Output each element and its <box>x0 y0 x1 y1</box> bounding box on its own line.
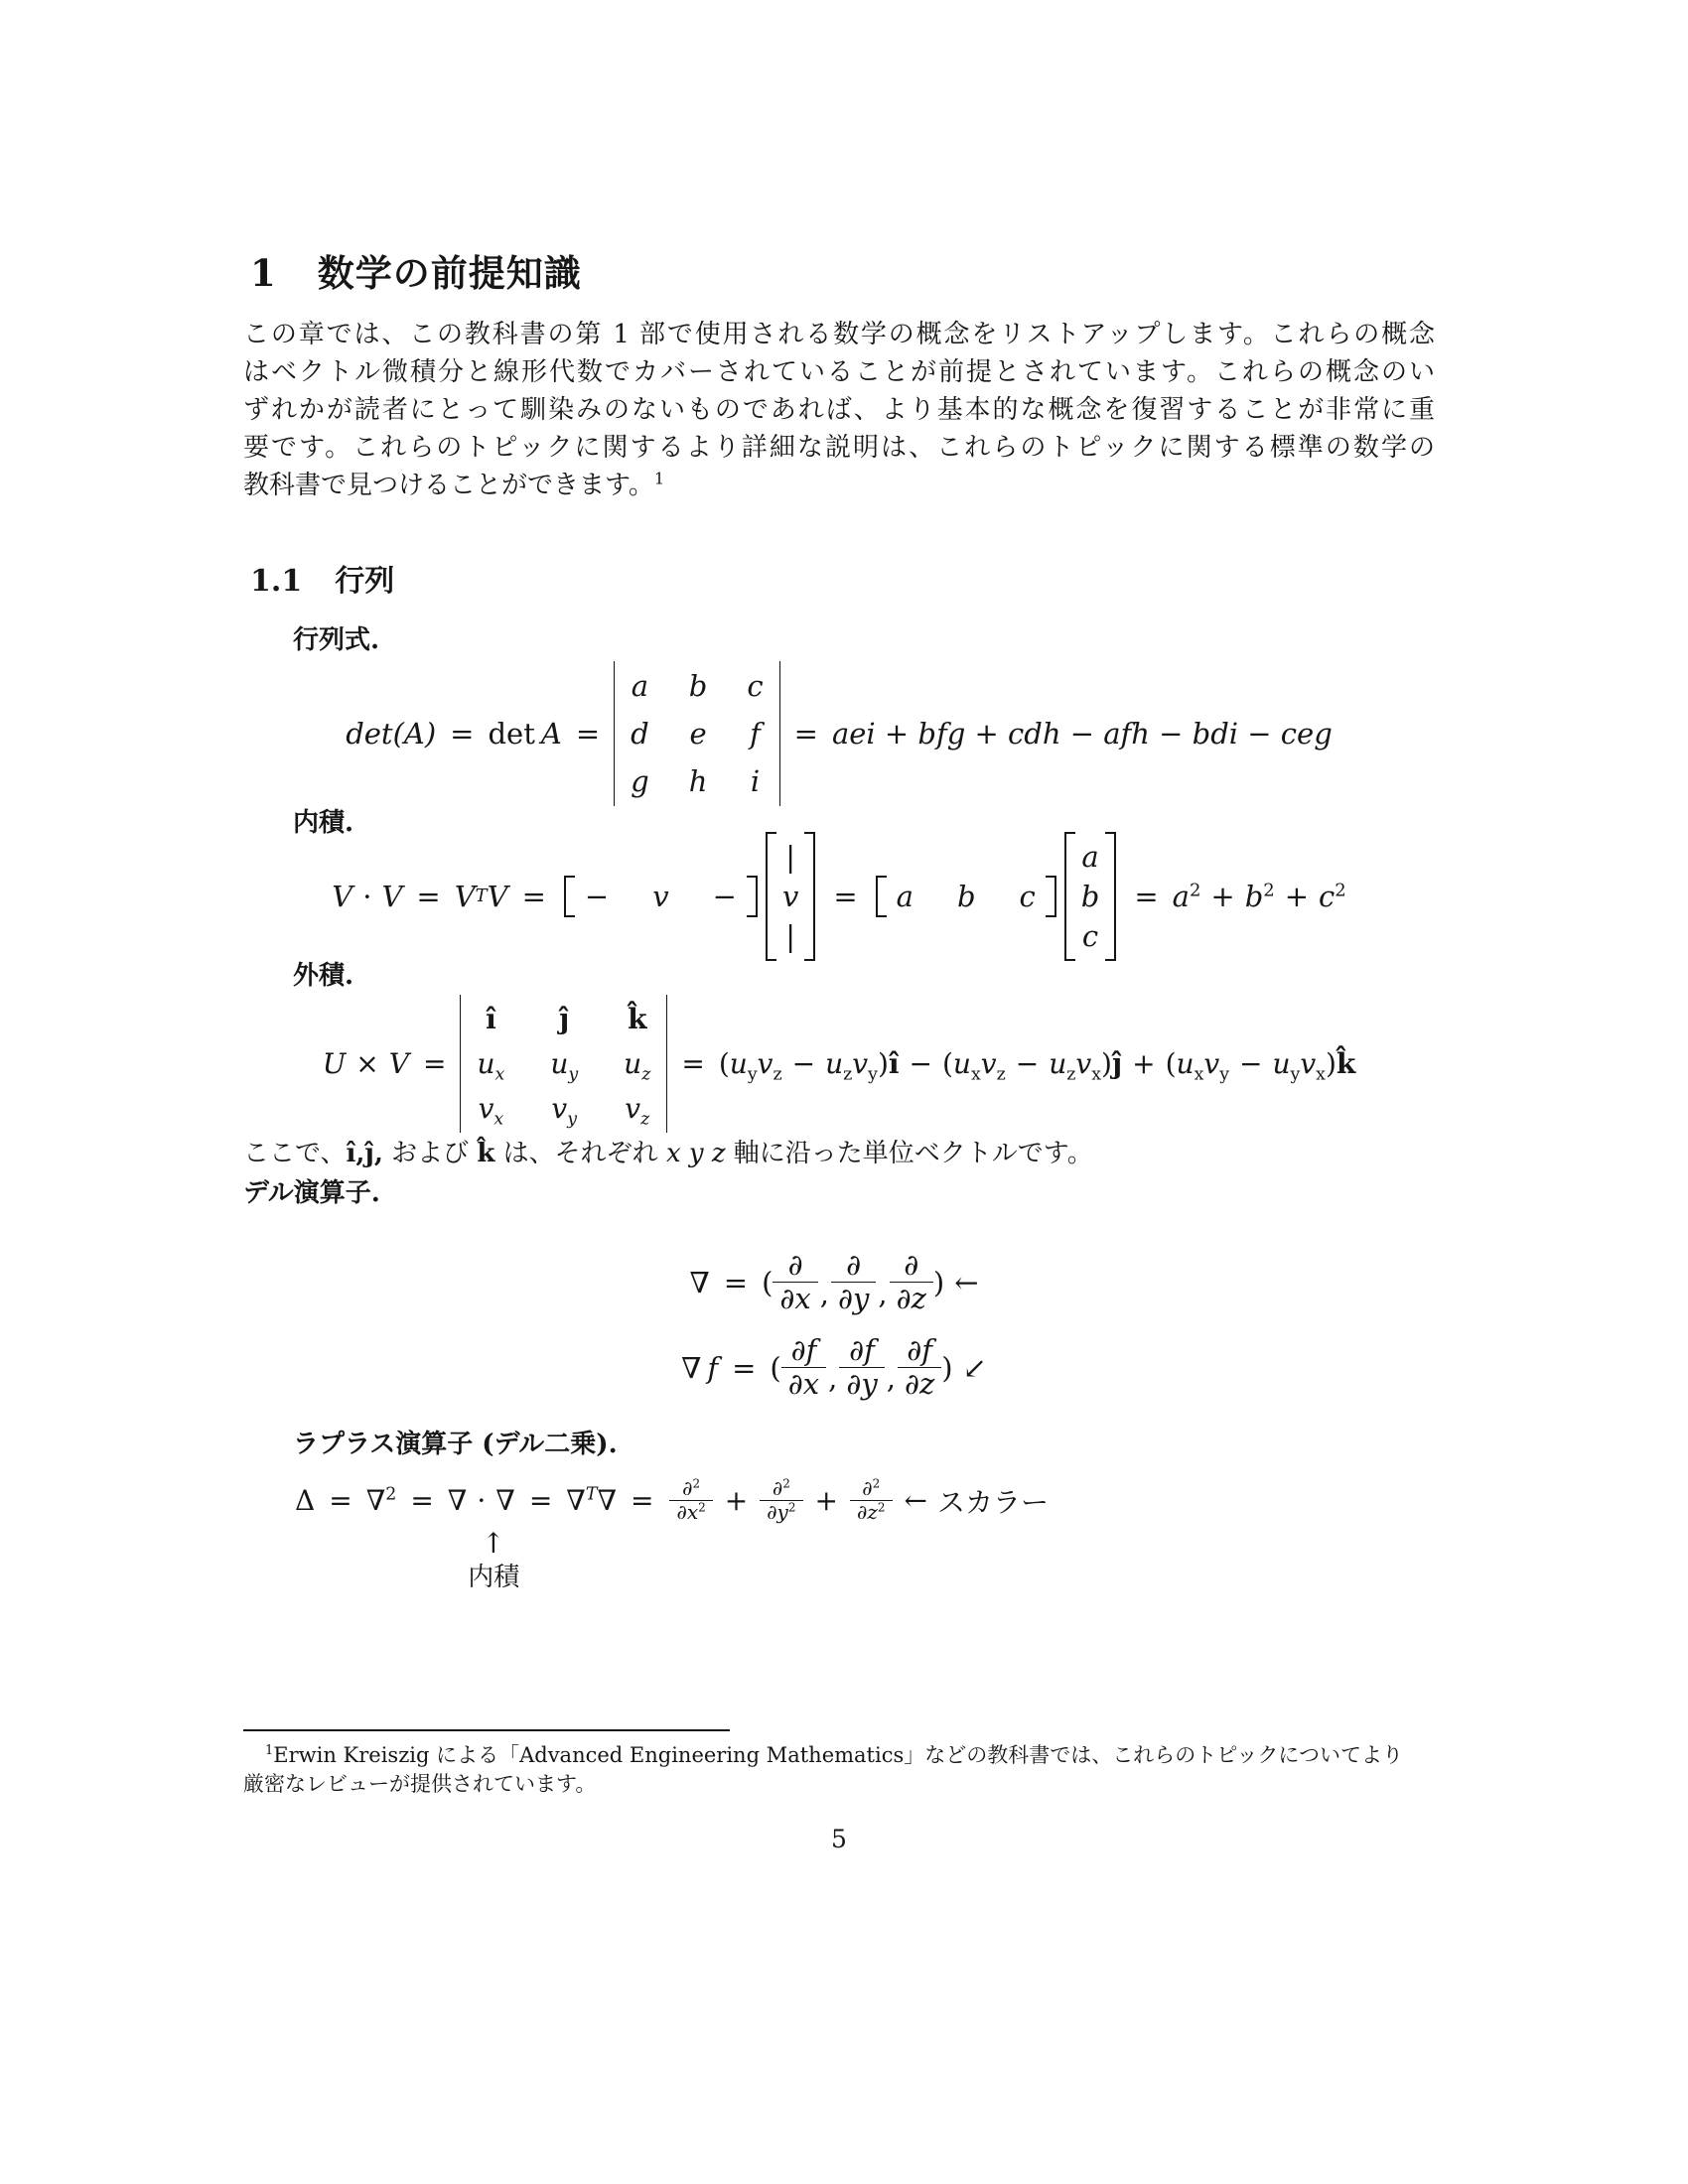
numerator: ∂2 <box>766 1477 797 1500</box>
math-token: = <box>732 1351 756 1385</box>
math-token: det(A) <box>346 717 436 751</box>
vector-entry: a <box>897 880 914 913</box>
matrix-cell: a <box>632 669 648 703</box>
vector-entry: | <box>785 919 795 953</box>
section-title: 1数学の前提知識 <box>243 243 582 297</box>
footnote-text: 1Erwin Kreiszig による「Advanced Engineering… <box>243 1741 1435 1799</box>
math-token: = <box>416 880 440 913</box>
math-token: = <box>450 717 474 751</box>
unit-vector-note: ここで、î,ĵ, および k̂ は、それぞれ x y z 軸に沿った単位ベクトル… <box>243 1134 1435 1213</box>
inner-product-formula: V · V = VTV = − v − | v | = <box>243 832 1435 961</box>
numerator: ∂f <box>784 1334 824 1367</box>
fraction: ∂f∂x <box>781 1334 826 1402</box>
denominator: ∂z2 <box>850 1500 893 1524</box>
denominator: ∂x <box>773 1282 817 1315</box>
matrix-cell: î <box>486 1003 496 1035</box>
inner-product-annotation: ↑ 内積 <box>468 1526 519 1595</box>
matrix-cell: h <box>689 764 708 798</box>
math-token: 2 <box>1335 880 1345 900</box>
vector-entry: b <box>957 880 976 913</box>
del-operator-heading: デル演算子. <box>243 1173 1435 1213</box>
numerator: ∂f <box>900 1334 939 1367</box>
math-token: A <box>541 717 562 751</box>
matrix-cell: e <box>689 717 706 751</box>
math-token: f <box>707 1351 718 1385</box>
fraction: ∂2∂y2 <box>760 1477 802 1524</box>
ij-hat-vectors: î,ĵ, <box>346 1139 382 1168</box>
math-token: V <box>332 880 352 913</box>
math-token: = <box>329 1484 352 1517</box>
math-token: · <box>477 1484 486 1517</box>
intro-line: 教科書で見つけることができます。1 <box>243 467 1435 504</box>
subsection-title-text: 行列 <box>335 564 394 599</box>
cross-product-heading: 外積. <box>293 955 353 992</box>
math-token: = <box>1134 880 1158 913</box>
column-vector: | v | <box>766 832 815 961</box>
denominator: ∂y2 <box>760 1500 802 1524</box>
left-arrow-annotation: ← <box>905 1484 927 1517</box>
vector-entry: b <box>1081 880 1100 913</box>
document-page: 1数学の前提知識 この章では、この教科書の第 1 部で使用される数学の概念をリス… <box>0 0 1688 2184</box>
left-bracket <box>564 876 575 917</box>
footnote: 1Erwin Kreiszig による「Advanced Engineering… <box>243 1729 1435 1799</box>
math-token: = <box>423 1047 446 1080</box>
matrix-cell: g <box>631 764 649 798</box>
math-term: (uxvy−uyvx)k̂ <box>1166 1047 1356 1080</box>
nabla-definition: ∇ = ( ∂∂x , ∂∂y , ∂∂z ) ← <box>243 1249 1435 1316</box>
matrix-cell: uy <box>550 1047 578 1080</box>
math-token: V <box>488 880 508 913</box>
math-token: , <box>828 1361 837 1395</box>
vector-entry: a <box>1081 840 1098 874</box>
numerator: ∂2 <box>675 1477 707 1500</box>
numerator: ∂f <box>842 1334 882 1367</box>
math-token: , <box>887 1361 896 1395</box>
vector-entry: c <box>1082 919 1098 953</box>
math-token: ( <box>762 1266 773 1299</box>
det-matrix: a b c d e f g h i <box>614 661 780 806</box>
denominator: ∂z <box>898 1367 941 1401</box>
matrix-cell: vx <box>479 1092 504 1125</box>
math-token: ) <box>941 1351 952 1385</box>
inner-product-label: 内積 <box>468 1562 519 1595</box>
intro-paragraph: この章では、この教科書の第 1 部で使用される数学の概念をリストアップします。こ… <box>243 316 1435 504</box>
laplace-formula: Δ = ∇2 = ∇ · ∇ ↑ 内積 = ∇T∇ = ∂2∂x2 + ∂2∂y… <box>295 1477 1486 1524</box>
math-token: + <box>725 1484 748 1517</box>
left-arrow-annotation: ← <box>954 1266 978 1299</box>
intro-line: この章では、この教科書の第 1 部で使用される数学の概念をリストアップします。こ… <box>243 316 1435 353</box>
laplace-heading: ラプラス演算子 (デル二乗). <box>293 1424 618 1460</box>
math-token: ∇ <box>690 1266 710 1299</box>
math-token: ) <box>933 1266 944 1299</box>
matrix-cell: d <box>631 717 649 751</box>
math-token: = <box>522 880 546 913</box>
matrix-cell: k̂ <box>628 1003 646 1035</box>
matrix-cell: uz <box>624 1047 650 1080</box>
intro-line: ずれかが読者にとって馴染みのないものであれば、より基本的な概念を復習することが非… <box>243 391 1435 429</box>
subsection-title: 1.1行列 <box>243 556 394 600</box>
math-token: · <box>362 880 371 913</box>
math-token: × <box>355 1047 378 1080</box>
matrix-cell: vz <box>625 1092 649 1125</box>
column-vector: a b c <box>1064 832 1117 961</box>
intro-line-text: 教科書で見つけることができます。 <box>243 471 654 500</box>
math-token: = <box>681 1047 704 1080</box>
matrix-cell: ĵ <box>559 1003 569 1035</box>
cross-matrix: î ĵ k̂ ux uy uz vx vy vz <box>460 995 667 1133</box>
section-number: 1 <box>243 251 284 295</box>
vector-entry: c <box>1020 880 1036 913</box>
fraction: ∂∂x <box>773 1249 817 1316</box>
math-term: c2 <box>1319 880 1346 913</box>
nabla-dot-nabla: ∇ · ∇ ↑ 内積 <box>448 1484 515 1517</box>
matrix-cell: ux <box>477 1047 504 1080</box>
fraction: ∂2∂x2 <box>669 1477 712 1524</box>
gradient-definition: ∇f = ( ∂f∂x , ∂f∂y , ∂f∂z ) ↙ <box>243 1334 1435 1402</box>
math-token: b <box>1245 880 1264 913</box>
denominator: ∂x <box>781 1367 826 1401</box>
math-term: ∇T∇ <box>566 1484 617 1517</box>
math-token: = <box>724 1266 748 1299</box>
math-token: = <box>794 717 818 751</box>
page-number: 5 <box>243 1825 1435 1853</box>
fraction: ∂f∂y <box>839 1334 884 1402</box>
axes-letters: x y z <box>666 1139 726 1168</box>
math-token: Δ <box>295 1484 315 1517</box>
math-token: + <box>1132 1047 1155 1080</box>
vector-entry: − <box>713 880 737 913</box>
math-token: V <box>455 880 476 913</box>
math-term: (uxvz−uzvx)ĵ <box>942 1047 1122 1080</box>
math-token: = <box>529 1484 552 1517</box>
determinant-formula: det(A) = det A = a b c d e f g h i = aei… <box>243 661 1435 806</box>
math-token: det <box>488 717 534 751</box>
math-token: a <box>1173 880 1190 913</box>
math-term: ∇2 <box>366 1484 397 1517</box>
math-token: = <box>631 1484 653 1517</box>
vector-entry: | <box>785 840 795 874</box>
math-term: b2 <box>1245 880 1275 913</box>
vector-entry: v <box>652 880 668 913</box>
vector-entry: v <box>782 880 798 913</box>
math-term: a2 <box>1173 880 1201 913</box>
left-bracket <box>876 876 887 917</box>
row-vector: − v − <box>564 876 758 917</box>
math-token: , <box>820 1277 829 1310</box>
footnote-rule <box>243 1729 730 1731</box>
numerator: ∂2 <box>855 1477 887 1500</box>
matrix-cell: i <box>751 764 760 798</box>
right-bracket <box>747 876 758 917</box>
right-bracket <box>1105 832 1116 961</box>
right-bracket <box>804 832 815 961</box>
math-token: , <box>878 1277 887 1310</box>
fraction: ∂∂y <box>831 1249 876 1316</box>
math-token: ∇ <box>681 1351 701 1385</box>
math-token: V <box>389 1047 409 1080</box>
denominator: ∂y <box>831 1282 876 1315</box>
math-token: + <box>815 1484 838 1517</box>
intro-line: はベクトル微積分と線形代数でカバーされていることが前提とされています。これらの概… <box>243 353 1435 391</box>
math-token: ∇ <box>448 1484 468 1517</box>
intro-line: 要です。これらのトピックに関するより詳細な説明は、これらのトピックに関する標準の… <box>243 429 1435 467</box>
matrix-cell: b <box>689 669 708 703</box>
math-token: ∇ <box>495 1484 515 1517</box>
fraction: ∂∂z <box>890 1249 933 1316</box>
matrix-cell: c <box>747 669 763 703</box>
del-operator-formulas: ∇ = ( ∂∂x , ∂∂y , ∂∂z ) ← ∇f = ( ∂f∂x , … <box>243 1249 1435 1401</box>
denominator: ∂z <box>890 1282 933 1315</box>
math-term: (uyvz−uzvy)î <box>719 1047 900 1080</box>
scalar-label: スカラー <box>937 1481 1049 1521</box>
math-token: + <box>1210 880 1234 913</box>
cross-product-formula: U × V = î ĵ k̂ ux uy uz vx vy vz = (uyvz… <box>243 995 1435 1133</box>
math-token: 2 <box>1190 880 1200 900</box>
footnote-reference: 1 <box>654 469 664 487</box>
denominator: ∂y <box>839 1367 884 1401</box>
matrix-cell: f <box>750 717 761 751</box>
math-token: = <box>410 1484 433 1517</box>
left-bracket <box>766 832 776 961</box>
row-vector: a b c <box>876 876 1056 917</box>
math-token: = <box>833 880 857 913</box>
math-token: aei + bfg + cdh − afh − bdi − ceg <box>832 717 1333 751</box>
fraction: ∂2∂z2 <box>850 1477 893 1524</box>
math-token: ( <box>770 1351 780 1385</box>
down-left-arrow-annotation: ↙ <box>963 1351 987 1385</box>
right-bracket <box>1046 876 1056 917</box>
math-token: V <box>381 880 402 913</box>
subsection-number: 1.1 <box>243 564 309 599</box>
math-token: c <box>1319 880 1335 913</box>
math-token: U <box>323 1047 347 1080</box>
section-title-text: 数学の前提知識 <box>318 251 582 295</box>
math-token: − <box>910 1047 932 1080</box>
matrix-cell: vy <box>551 1092 577 1125</box>
denominator: ∂x2 <box>669 1500 712 1524</box>
vector-entry: − <box>585 880 609 913</box>
unit-vector-sentence: ここで、î,ĵ, および k̂ は、それぞれ x y z 軸に沿った単位ベクトル… <box>243 1134 1435 1173</box>
k-hat-vector: k̂ <box>477 1139 494 1168</box>
math-token: 2 <box>1263 880 1274 900</box>
up-arrow-icon: ↑ <box>482 1526 504 1562</box>
fraction: ∂f∂z <box>898 1334 941 1402</box>
footnote-line: Erwin Kreiszig による「Advanced Engineering … <box>273 1743 1403 1767</box>
determinant-heading: 行列式. <box>293 619 379 656</box>
footnote-line: 厳密なレビューが提供されています。 <box>243 1772 596 1796</box>
left-bracket <box>1064 832 1075 961</box>
math-token: + <box>1285 880 1309 913</box>
math-token: = <box>576 717 600 751</box>
